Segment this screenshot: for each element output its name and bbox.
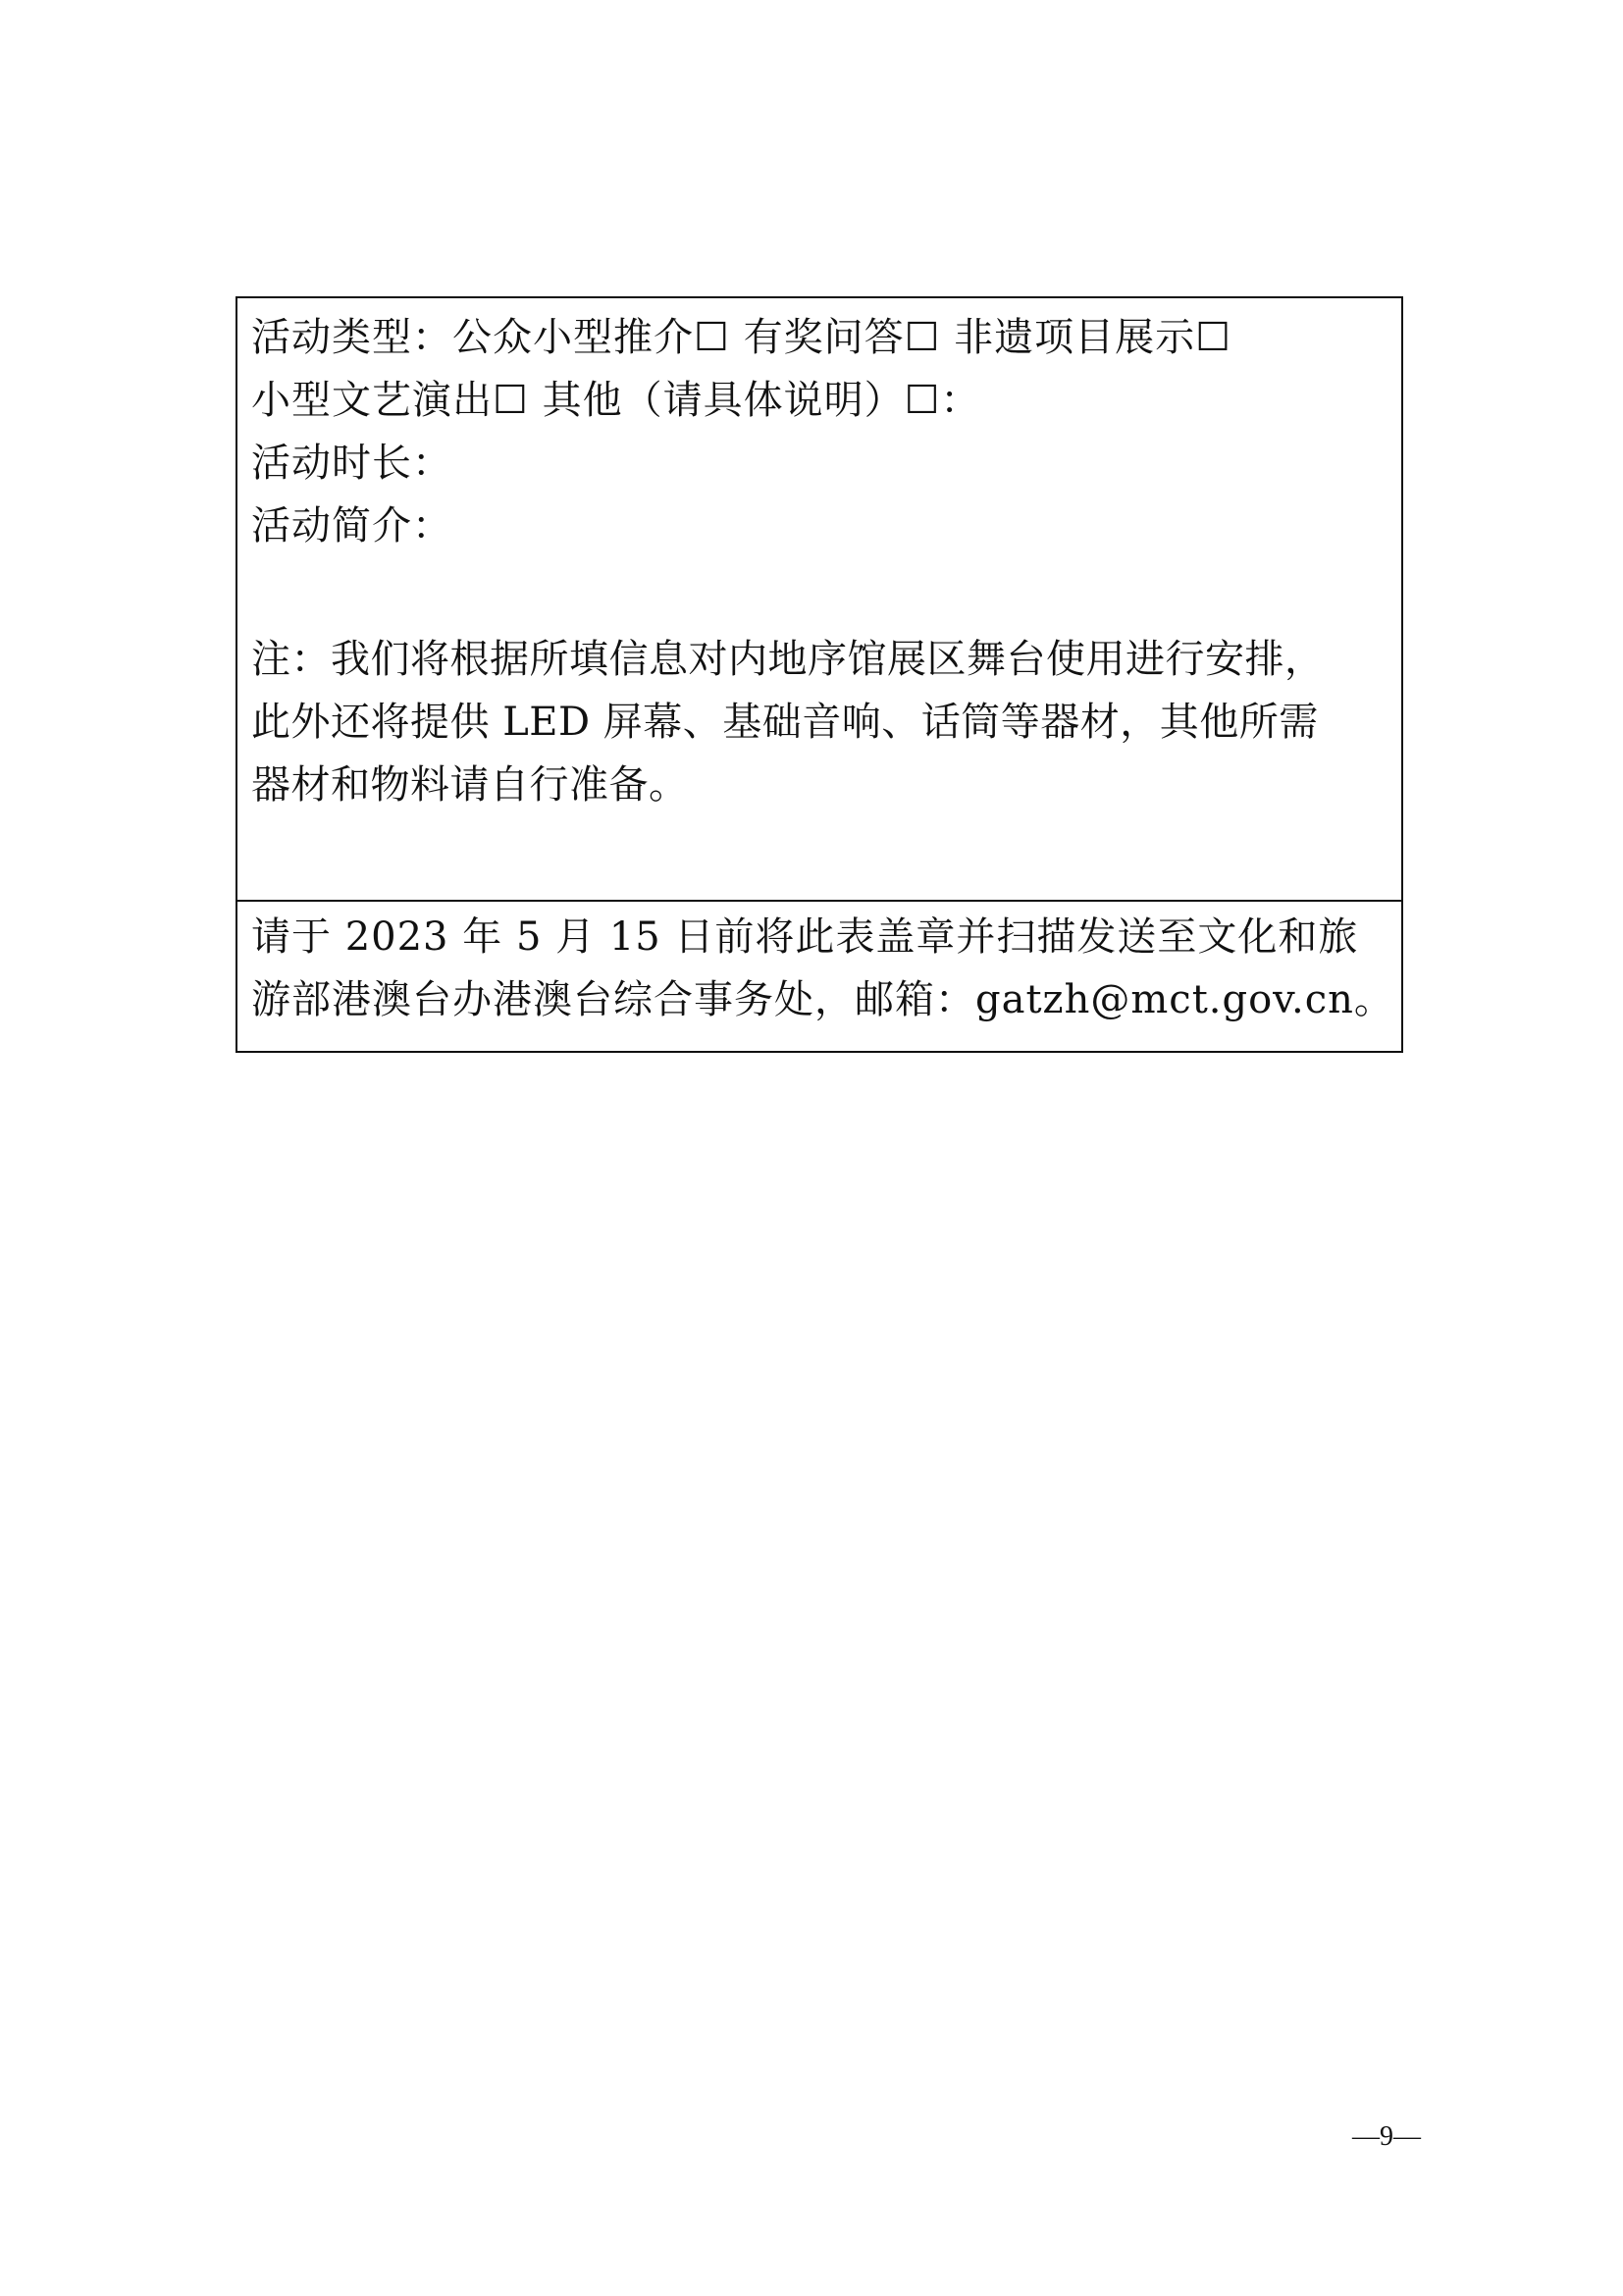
note-block: 注：我们将根据所填信息对内地序馆展区舞台使用进行安排， 此外还将提供 LED 屏… (251, 628, 1387, 816)
activity-duration-label: 活动时长： (251, 432, 1387, 495)
deadline-line-2: 游部港澳台办港澳台综合事务处，邮箱：gatzh@mct.gov.cn。 (251, 968, 1387, 1031)
submission-instructions-cell: 请于 2023 年 5 月 15 日前将此表盖章并扫描发送至文化和旅 游部港澳台… (237, 906, 1401, 1051)
activity-type-line-2: 小型文艺演出☐ 其他（请具体说明）☐： (251, 369, 1387, 432)
activity-type-line-1: 活动类型：公众小型推介☐ 有奖问答☐ 非遗项目展示☐ (251, 306, 1387, 369)
activity-info-cell: 活动类型：公众小型推介☐ 有奖问答☐ 非遗项目展示☐ 小型文艺演出☐ 其他（请具… (237, 306, 1401, 902)
application-form-table: 活动类型：公众小型推介☐ 有奖问答☐ 非遗项目展示☐ 小型文艺演出☐ 其他（请具… (236, 296, 1403, 1053)
deadline-line-1: 请于 2023 年 5 月 15 日前将此表盖章并扫描发送至文化和旅 (251, 906, 1387, 968)
intro-blank-space (251, 557, 1387, 620)
note-line-2: 此外还将提供 LED 屏幕、基础音响、话筒等器材，其他所需 (251, 691, 1387, 754)
note-line-3: 器材和物料请自行准备。 (251, 754, 1387, 816)
page-number: —9— (1352, 2121, 1421, 2153)
activity-intro-label: 活动简介： (251, 495, 1387, 557)
note-line-1: 注：我们将根据所填信息对内地序馆展区舞台使用进行安排， (251, 628, 1387, 691)
